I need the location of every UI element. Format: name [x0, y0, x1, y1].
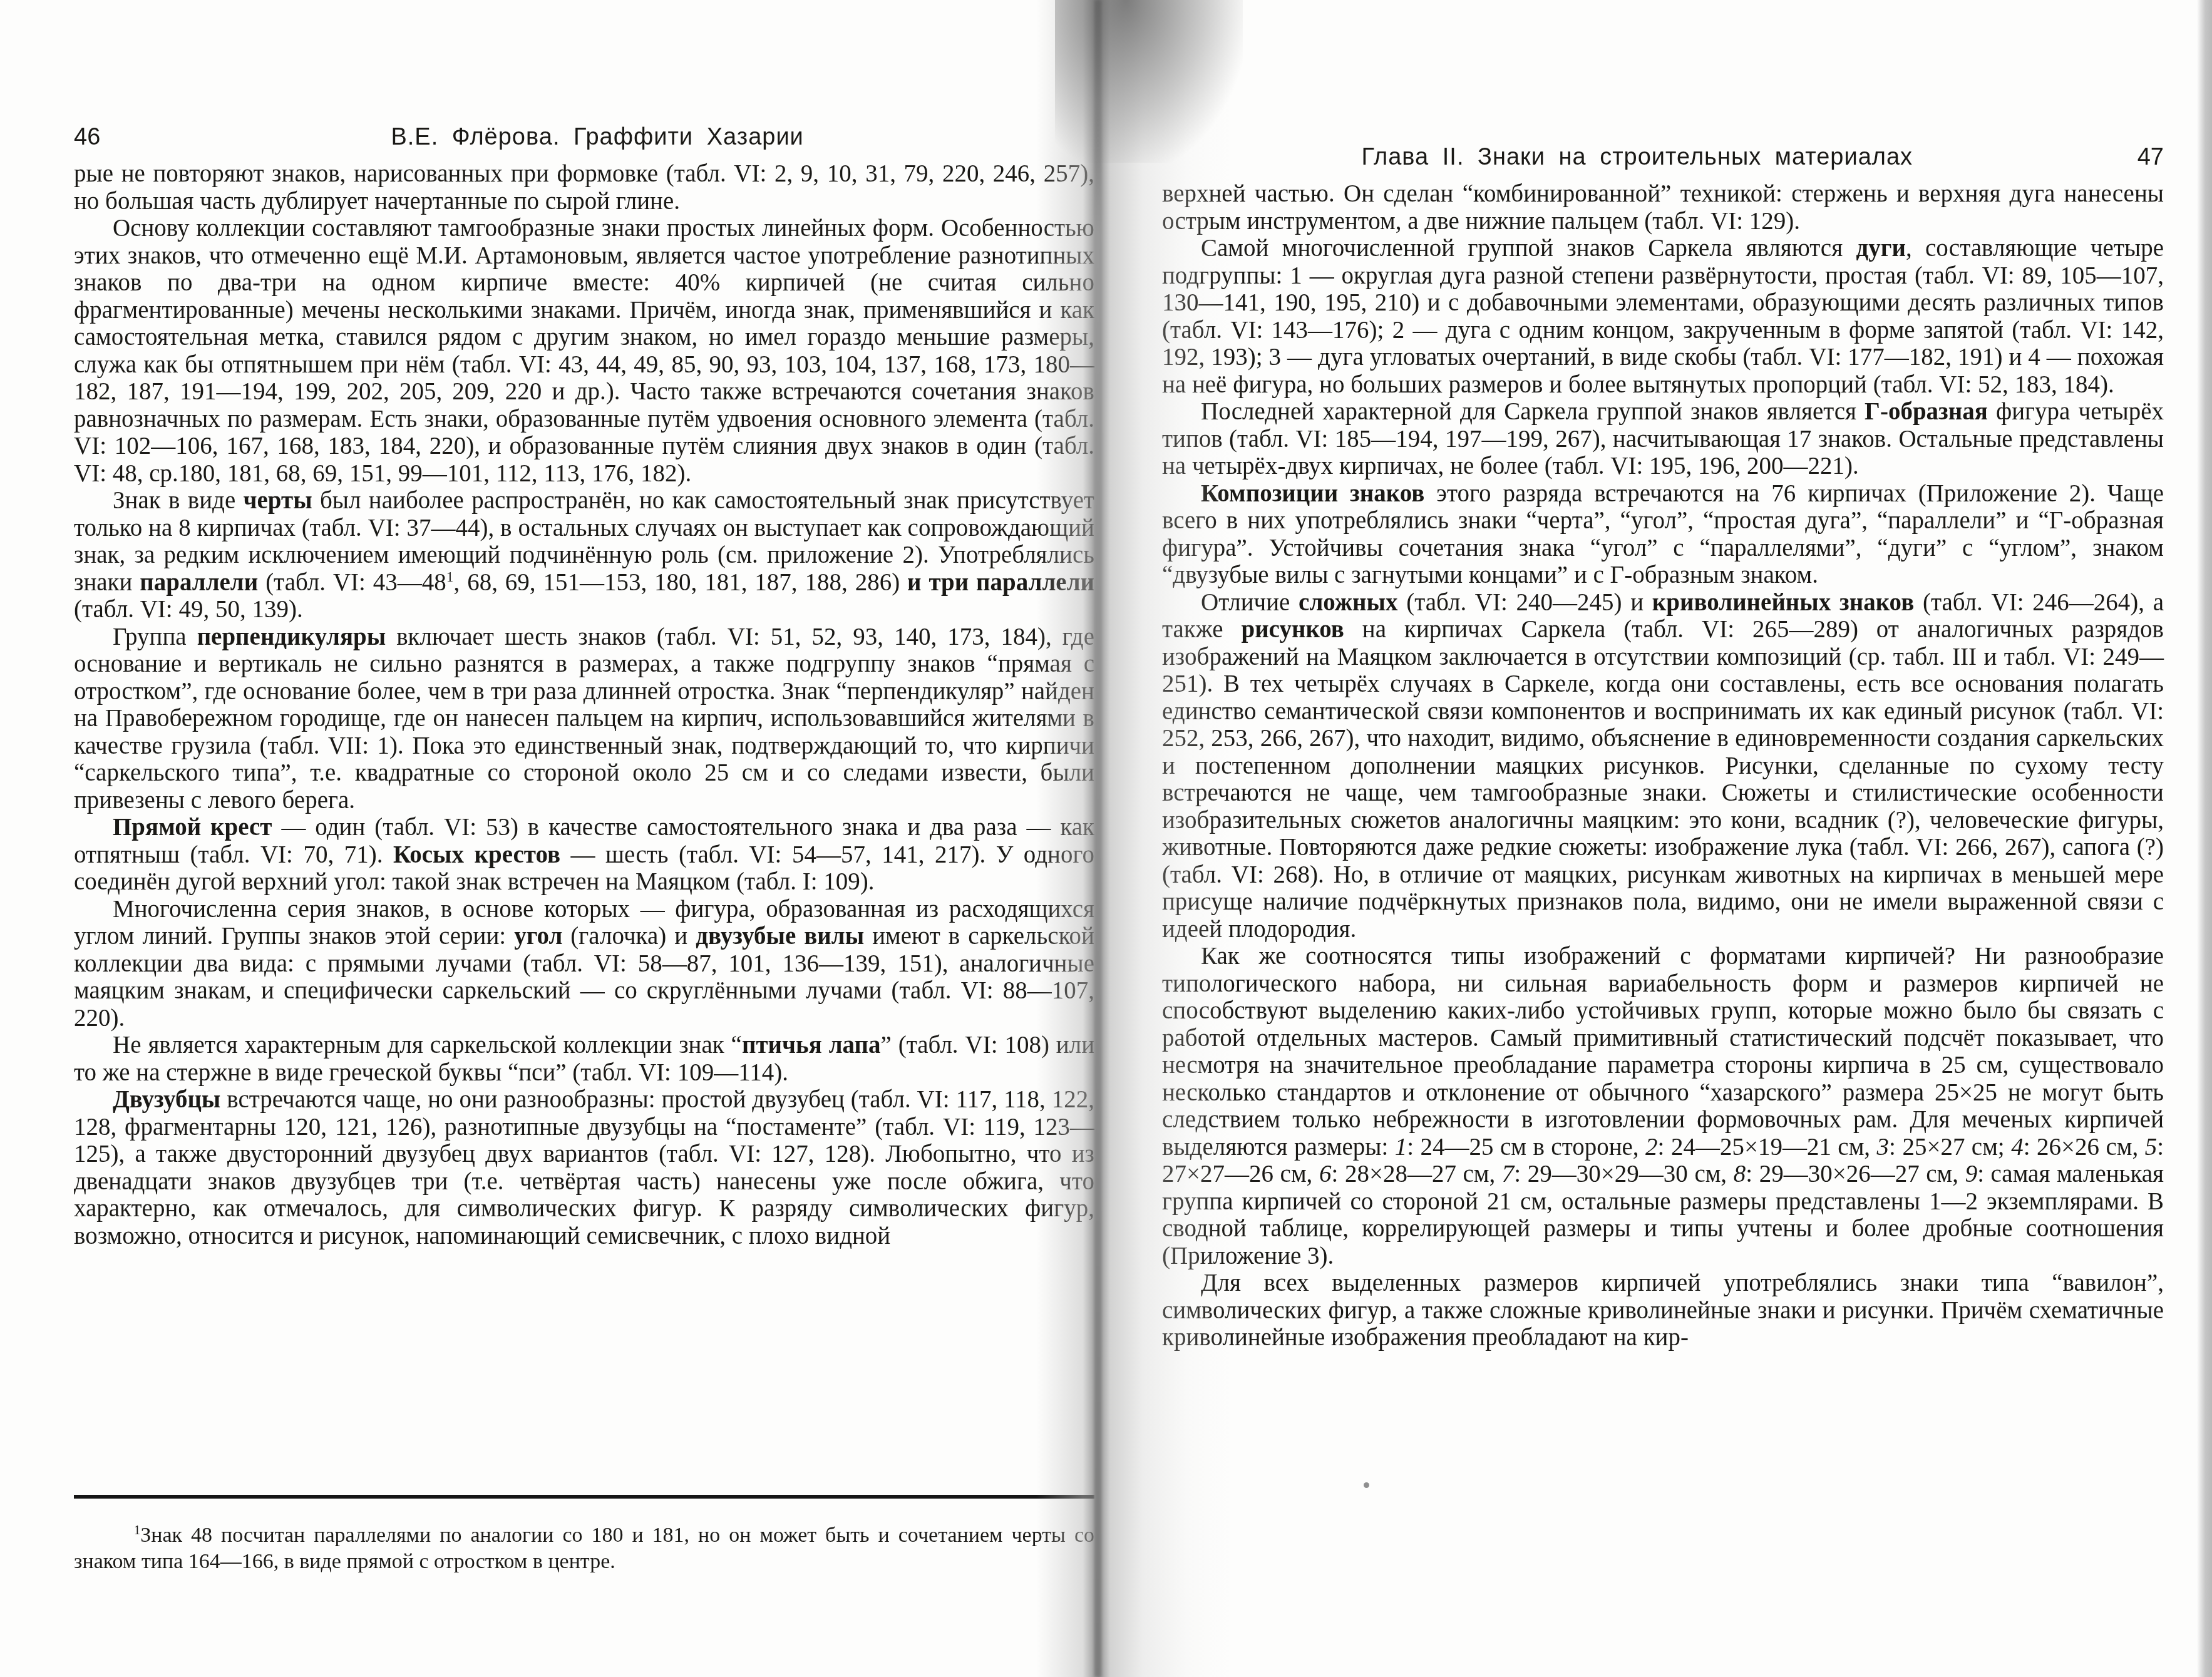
- paragraph: рые не повторяют знаков, нарисованных пр…: [74, 160, 1094, 215]
- text-segment-bold: криволинейных знаков: [1652, 589, 1914, 616]
- text-segment: Самой многочисленной группой знаков Сарк…: [1201, 235, 1856, 262]
- text-segment-super: 1: [446, 569, 454, 585]
- paragraph: Не является характерным для саркельской …: [74, 1032, 1094, 1086]
- text-segment: верхней частью. Он сделан “комбинированн…: [1162, 180, 2164, 235]
- left-page-header: 46 В.Е. Флёрова. Граффити Хазарии: [74, 123, 1094, 151]
- paragraph: Последней характерной для Саркела группо…: [1162, 398, 2164, 480]
- gutter-spine-line: [1094, 0, 1101, 1677]
- right-text-column: верхней частью. Он сделан “комбинированн…: [1162, 180, 2164, 1351]
- paragraph: Как же соотносятся типы изображений с фо…: [1162, 943, 2164, 1269]
- right-page-number: 47: [2137, 143, 2164, 172]
- paragraph: Основу коллекции составляют тамгообразны…: [74, 215, 1094, 487]
- paragraph: Знак в виде черты был наиболее распростр…: [74, 487, 1094, 623]
- left-page-number: 46: [74, 123, 100, 151]
- text-segment: , 68, 69, 151—153, 180, 181, 187, 188, 2…: [454, 569, 908, 596]
- paragraph: Группа перпендикуляры включает шесть зна…: [74, 623, 1094, 814]
- text-segment: Знак в виде: [113, 487, 244, 514]
- right-page-header: Глава II. Знаки на строительных материал…: [1162, 143, 2164, 172]
- text-segment-italic: 6: [1319, 1161, 1332, 1187]
- text-segment-italic: 3: [1877, 1134, 1890, 1161]
- text-segment: (табл. VI: 43—48: [258, 569, 446, 596]
- text-segment-bold: параллели: [140, 569, 258, 596]
- text-segment-italic: 4: [2011, 1134, 2024, 1161]
- text-segment-bold: Двузубцы: [113, 1086, 220, 1113]
- paragraph: Двузубцы встречаются чаще, но они разноо…: [74, 1086, 1094, 1249]
- footnote-rule: [74, 1495, 1094, 1499]
- text-segment-italic: 5: [2145, 1134, 2158, 1161]
- text-segment: (табл. VI: 49, 50, 139).: [74, 596, 303, 623]
- text-segment-italic: 1: [1395, 1134, 1407, 1161]
- text-segment-italic: 8: [1734, 1161, 1746, 1187]
- paragraph: Самой многочисленной группой знаков Сарк…: [1162, 235, 2164, 398]
- text-segment-bold: рисунков: [1241, 616, 1344, 643]
- right-running-title: Глава II. Знаки на строительных материал…: [1162, 143, 2137, 172]
- text-segment: Группа: [113, 623, 197, 650]
- text-segment-bold: двузубые вилы: [696, 923, 864, 950]
- left-running-title: В.Е. Флёрова. Граффити Хазарии: [100, 123, 1094, 151]
- paragraph: Для всех выделенных размеров кирпичей уп…: [1162, 1269, 2164, 1351]
- footnote: 1Знак 48 посчитан параллелями по аналоги…: [74, 1522, 1094, 1575]
- text-segment: рые не повторяют знаков, нарисованных пр…: [74, 160, 1094, 215]
- text-segment: (галочка) и: [562, 923, 696, 950]
- scan-artifact-dot: [1364, 1482, 1369, 1488]
- text-segment: : 28×28—27 см,: [1331, 1161, 1501, 1187]
- paragraph: Композиции знаков этого разряда встречаю…: [1162, 480, 2164, 589]
- text-segment-bold: и три параллели: [907, 569, 1094, 596]
- text-segment: встречаются чаще, но они разнообразны: п…: [74, 1086, 1094, 1249]
- text-segment: : 25×27 см;: [1889, 1134, 2011, 1161]
- text-segment-bold: птичья лапа: [742, 1032, 881, 1059]
- text-segment: Знак 48 посчитан параллелями по аналогии…: [74, 1524, 1094, 1573]
- text-segment-bold: дуги: [1856, 235, 1906, 262]
- text-segment-bold: Композиции знаков: [1201, 480, 1424, 507]
- paragraph: Отличие сложных (табл. VI: 240—245) и кр…: [1162, 589, 2164, 943]
- text-segment: Отличие: [1201, 589, 1299, 616]
- left-text-column: рые не повторяют знаков, нарисованных пр…: [74, 160, 1094, 1249]
- text-segment: Для всех выделенных размеров кирпичей уп…: [1162, 1269, 2164, 1351]
- page-edge-shadow: [2197, 0, 2212, 1677]
- text-segment: (табл. VI: 240—245) и: [1398, 589, 1652, 616]
- text-segment: : 24—25 см в стороне,: [1407, 1134, 1645, 1161]
- text-segment: : 29—30×26—27 см,: [1746, 1161, 1965, 1187]
- text-segment-italic: 7: [1502, 1161, 1515, 1187]
- text-segment: Последней характерной для Саркела группо…: [1201, 398, 1865, 425]
- text-segment: на кирпичах Саркела (табл. VI: 265—289) …: [1162, 616, 2164, 943]
- text-segment: включает шесть знаков (табл. VI: 51, 52,…: [74, 623, 1094, 814]
- paragraph: Многочисленна серия знаков, в основе кот…: [74, 896, 1094, 1032]
- footnote-block: 1Знак 48 посчитан параллелями по аналоги…: [74, 1495, 1094, 1575]
- text-segment-bold: Косых крестов: [393, 841, 560, 868]
- text-segment-bold: Прямой крест: [113, 814, 272, 841]
- text-segment-bold: перпендикуляры: [197, 623, 386, 650]
- text-segment-bold: угол: [514, 923, 562, 950]
- book-scan: 46 В.Е. Флёрова. Граффити Хазарии рые не…: [0, 0, 2212, 1677]
- text-segment-bold: черты: [244, 487, 312, 514]
- text-segment-italic: 2: [1645, 1134, 1658, 1161]
- text-segment-bold: Г-образная: [1865, 398, 1988, 425]
- text-segment-italic: 9: [1965, 1161, 1978, 1187]
- paragraph: верхней частью. Он сделан “комбинированн…: [1162, 180, 2164, 235]
- text-segment: Основу коллекции составляют тамгообразны…: [74, 215, 1094, 487]
- text-segment: : 26×26 см,: [2024, 1134, 2145, 1161]
- text-segment: Не является характерным для саркельской …: [113, 1032, 742, 1059]
- text-segment-bold: сложных: [1299, 589, 1397, 616]
- text-segment: : 24—25×19—21 см,: [1658, 1134, 1877, 1161]
- paragraph: Прямой крест — один (табл. VI: 53) в кач…: [74, 814, 1094, 896]
- text-segment: Как же соотносятся типы изображений с фо…: [1162, 943, 2164, 1161]
- text-segment: : 29—30×29—30 см,: [1514, 1161, 1733, 1187]
- text-segment-super: 1: [134, 1524, 140, 1537]
